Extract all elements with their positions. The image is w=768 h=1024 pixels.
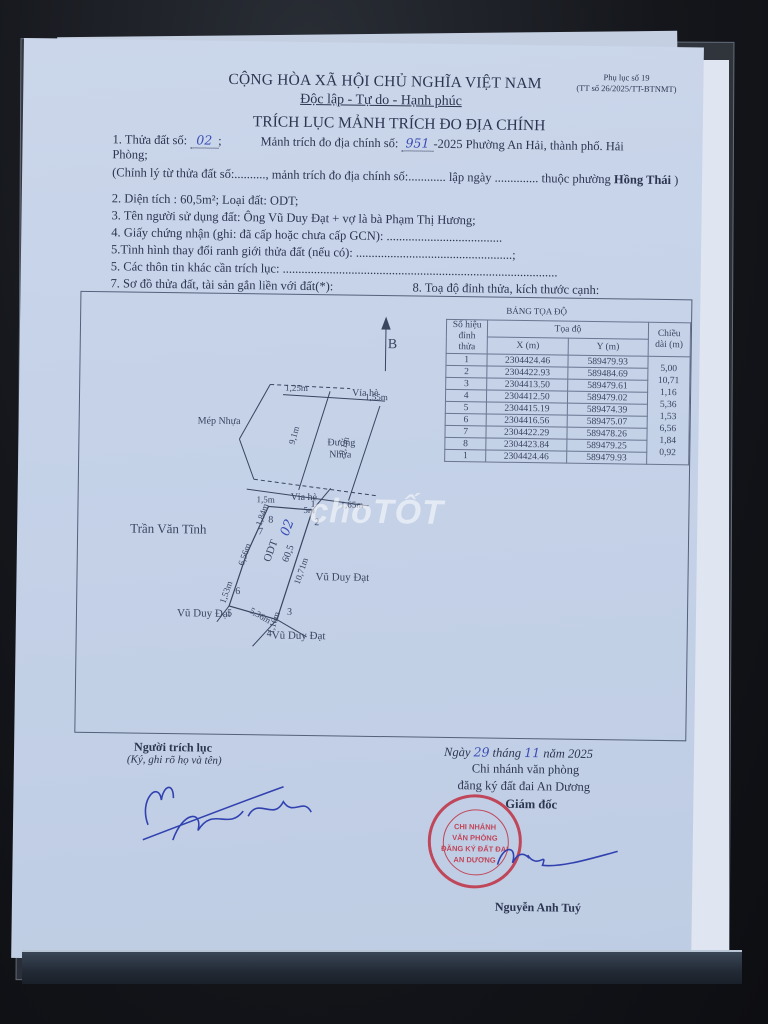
- svg-text:Vũ Duy Đạt: Vũ Duy Đạt: [315, 571, 369, 584]
- map-suffix-line2: Phòng;: [112, 147, 148, 162]
- map-number-field: Mảnh trích đo địa chính số: 951-2025 Phư…: [260, 133, 623, 154]
- svg-text:7: 7: [258, 526, 263, 537]
- correction-close: ): [674, 173, 678, 187]
- svg-text:10,71m: 10,71m: [292, 557, 310, 586]
- svg-text:60,5: 60,5: [280, 544, 296, 564]
- svg-text:Trần Văn Tĩnh: Trần Văn Tĩnh: [130, 521, 207, 537]
- director-signature: [492, 835, 623, 877]
- sign-date: Ngày 29 tháng 11 năm 2025: [444, 744, 593, 762]
- parcel-number-field: 1. Thửa đất số: 02;: [112, 131, 221, 149]
- extractor-note: (Ký, ghi rõ họ và tên): [127, 754, 222, 767]
- parcel-label: 1. Thửa đất số:: [112, 132, 187, 147]
- cadastral-extract-document: CỘNG HÒA XÃ HỘI CHỦ NGHĨA VIỆT NAM Độc l…: [11, 38, 704, 967]
- parcel-suffix: ;: [218, 134, 222, 148]
- office-line2: đăng ký đất đai An Dương: [457, 778, 590, 795]
- date-year: năm 2025: [543, 746, 593, 761]
- map-suffix: -2025 Phường An Hải, thành phố. Hải: [433, 137, 624, 154]
- north-arrow-head: [382, 318, 390, 329]
- svg-text:Vũ Duy Đạt: Vũ Duy Đạt: [177, 607, 231, 620]
- svg-text:3: 3: [287, 607, 292, 618]
- document-title: TRÍCH LỤC MẢNH TRÍCH ĐO ĐỊA CHÍNH: [253, 113, 546, 135]
- date-prefix: Ngày: [444, 745, 471, 759]
- date-month-label: tháng: [493, 746, 522, 760]
- svg-text:6: 6: [235, 586, 240, 597]
- svg-text:Mép Nhựa: Mép Nhựa: [198, 415, 242, 427]
- director-title: Giám đốc: [505, 797, 557, 813]
- director-name: Nguyễn Anh Tuý: [495, 900, 581, 916]
- date-month: 11: [524, 745, 540, 760]
- svg-text:1,25m: 1,25m: [285, 383, 308, 393]
- svg-text:1,55m: 1,55m: [365, 392, 388, 402]
- correction-line: (Chỉnh lý từ thửa đất số:.........., mản…: [112, 165, 678, 188]
- parcel-value: 02: [190, 132, 218, 148]
- appendix-label: Phụ lục số 19 (TT số 26/2025/TT-BTNMT): [576, 72, 676, 95]
- svg-text:6,56m: 6,56m: [236, 542, 253, 567]
- svg-text:4: 4: [267, 628, 272, 639]
- correction-text: (Chỉnh lý từ thửa đất số:.........., mản…: [112, 165, 611, 186]
- office-line1: Chi nhánh văn phòng: [472, 761, 579, 777]
- correction-ward: Hồng Thái: [614, 172, 671, 187]
- svg-text:9,1m: 9,1m: [287, 425, 302, 445]
- appendix-line2: (TT số 26/2025/TT-BTNMT): [576, 83, 676, 95]
- map-label: Mảnh trích đo địa chính số:: [260, 134, 398, 150]
- chotot-watermark: choTỐT: [309, 492, 444, 533]
- date-day: 29: [473, 744, 489, 759]
- map-value: 951: [401, 135, 433, 151]
- svg-text:1,53m: 1,53m: [218, 580, 235, 605]
- motto: Độc lập - Tự do - Hạnh phúc: [300, 92, 462, 110]
- svg-text:ODT: ODT: [261, 538, 280, 564]
- svg-text:B: B: [388, 337, 398, 352]
- extractor-signature: [133, 770, 324, 853]
- svg-text:8: 8: [268, 514, 273, 525]
- svg-text:Vũ Duy Đạt: Vũ Duy Đạt: [272, 630, 326, 643]
- svg-text:02: 02: [278, 517, 298, 538]
- svg-text:5: 5: [227, 608, 232, 619]
- nation-header: CỘNG HÒA XÃ HỘI CHỦ NGHĨA VIỆT NAM: [228, 71, 541, 93]
- area-line: 2. Diện tích : 60,5m²; Loại đất: ODT;: [112, 191, 299, 209]
- sleeve-bottom-edge: [22, 950, 742, 984]
- svg-text:1,5m: 1,5m: [257, 494, 275, 504]
